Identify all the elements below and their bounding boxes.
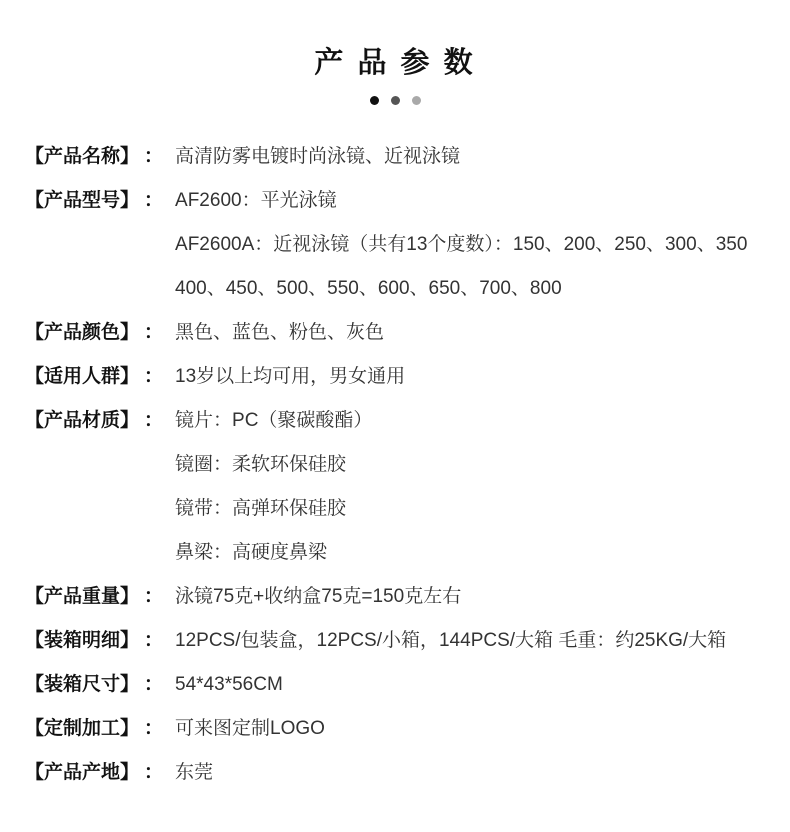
spec-row-packing-details: 【装箱明细】 ： 12PCS/包装盒，12PCS/小箱，144PCS/大箱 毛重… [25,619,780,663]
spec-value-line: 镜圈：柔软环保硅胶 [175,443,780,487]
spec-label: 【适用人群】 [25,355,139,399]
spec-value-line: 高清防雾电镀时尚泳镜、近视泳镜 [175,135,780,179]
spec-label: 【产品产地】 [25,751,139,795]
spec-row-target-users: 【适用人群】 ： 13岁以上均可用，男女通用 [25,355,780,399]
spec-colon: ： [144,751,163,795]
spec-value: 13岁以上均可用，男女通用 [175,355,780,399]
spec-row-product-color: 【产品颜色】 ： 黑色、蓝色、粉色、灰色 [25,311,780,355]
spec-colon: ： [144,135,163,179]
spec-colon: ： [144,355,163,399]
spec-row-product-model: 【产品型号】 ： AF2600：平光泳镜 AF2600A：近视泳镜（共有13个度… [25,179,780,311]
spec-label: 【装箱明细】 [25,619,139,663]
spec-label: 【产品型号】 [25,179,139,223]
spec-colon: ： [144,575,163,619]
spec-value: 12PCS/包装盒，12PCS/小箱，144PCS/大箱 毛重：约25KG/大箱 [175,619,780,663]
spec-label: 【定制加工】 [25,707,139,751]
spec-label: 【产品名称】 [25,135,139,179]
spec-row-origin: 【产品产地】 ： 东莞 [25,751,780,795]
spec-value-line: 黑色、蓝色、粉色、灰色 [175,311,780,355]
spec-colon: ： [144,619,163,663]
spec-colon: ： [144,663,163,707]
product-parameters-panel: 产 品 参 数 【产品名称】 ： 高清防雾电镀时尚泳镜、近视泳镜 【产品型号】 … [0,0,790,832]
spec-label: 【产品重量】 [25,575,139,619]
spec-colon: ： [144,311,163,355]
spec-row-customization: 【定制加工】 ： 可来图定制LOGO [25,707,780,751]
spec-value: 东莞 [175,751,780,795]
spec-value: 高清防雾电镀时尚泳镜、近视泳镜 [175,135,780,179]
spec-value-line: 镜带：高弹环保硅胶 [175,487,780,531]
spec-row-product-material: 【产品材质】 ： 镜片：PC（聚碳酸酯） 镜圈：柔软环保硅胶 镜带：高弹环保硅胶… [25,399,780,575]
spec-value: AF2600：平光泳镜 AF2600A：近视泳镜（共有13个度数）：150、20… [175,179,780,311]
dot-icon [391,96,400,105]
spec-value-line: AF2600：平光泳镜 [175,179,780,223]
title-dots [0,96,790,105]
page-title: 产 品 参 数 [0,44,790,83]
spec-row-product-weight: 【产品重量】 ： 泳镜75克+收纳盒75克=150克左右 [25,575,780,619]
spec-value-line: 13岁以上均可用，男女通用 [175,355,780,399]
spec-value: 可来图定制LOGO [175,707,780,751]
spec-value-line: 54*43*56CM [175,663,780,707]
spec-value: 54*43*56CM [175,663,780,707]
spec-label: 【产品材质】 [25,399,139,443]
spec-value-line: 400、450、500、550、600、650、700、800 [175,267,780,311]
dot-icon [370,96,379,105]
spec-value-line: AF2600A：近视泳镜（共有13个度数）：150、200、250、300、35… [175,223,780,267]
spec-value: 镜片：PC（聚碳酸酯） 镜圈：柔软环保硅胶 镜带：高弹环保硅胶 鼻梁：高硬度鼻梁 [175,399,780,575]
spec-row-product-name: 【产品名称】 ： 高清防雾电镀时尚泳镜、近视泳镜 [25,135,780,179]
spec-value: 泳镜75克+收纳盒75克=150克左右 [175,575,780,619]
spec-value-line: 12PCS/包装盒，12PCS/小箱，144PCS/大箱 毛重：约25KG/大箱 [175,619,780,663]
spec-value-line: 东莞 [175,751,780,795]
spec-label: 【装箱尺寸】 [25,663,139,707]
spec-value-line: 可来图定制LOGO [175,707,780,751]
spec-colon: ： [144,707,163,751]
spec-colon: ： [144,179,163,223]
spec-value: 黑色、蓝色、粉色、灰色 [175,311,780,355]
dot-icon [412,96,421,105]
spec-colon: ： [144,399,163,443]
spec-list: 【产品名称】 ： 高清防雾电镀时尚泳镜、近视泳镜 【产品型号】 ： AF2600… [0,135,790,795]
spec-value-line: 泳镜75克+收纳盒75克=150克左右 [175,575,780,619]
spec-value-line: 鼻梁：高硬度鼻梁 [175,531,780,575]
spec-row-carton-size: 【装箱尺寸】 ： 54*43*56CM [25,663,780,707]
spec-label: 【产品颜色】 [25,311,139,355]
spec-value-line: 镜片：PC（聚碳酸酯） [175,399,780,443]
